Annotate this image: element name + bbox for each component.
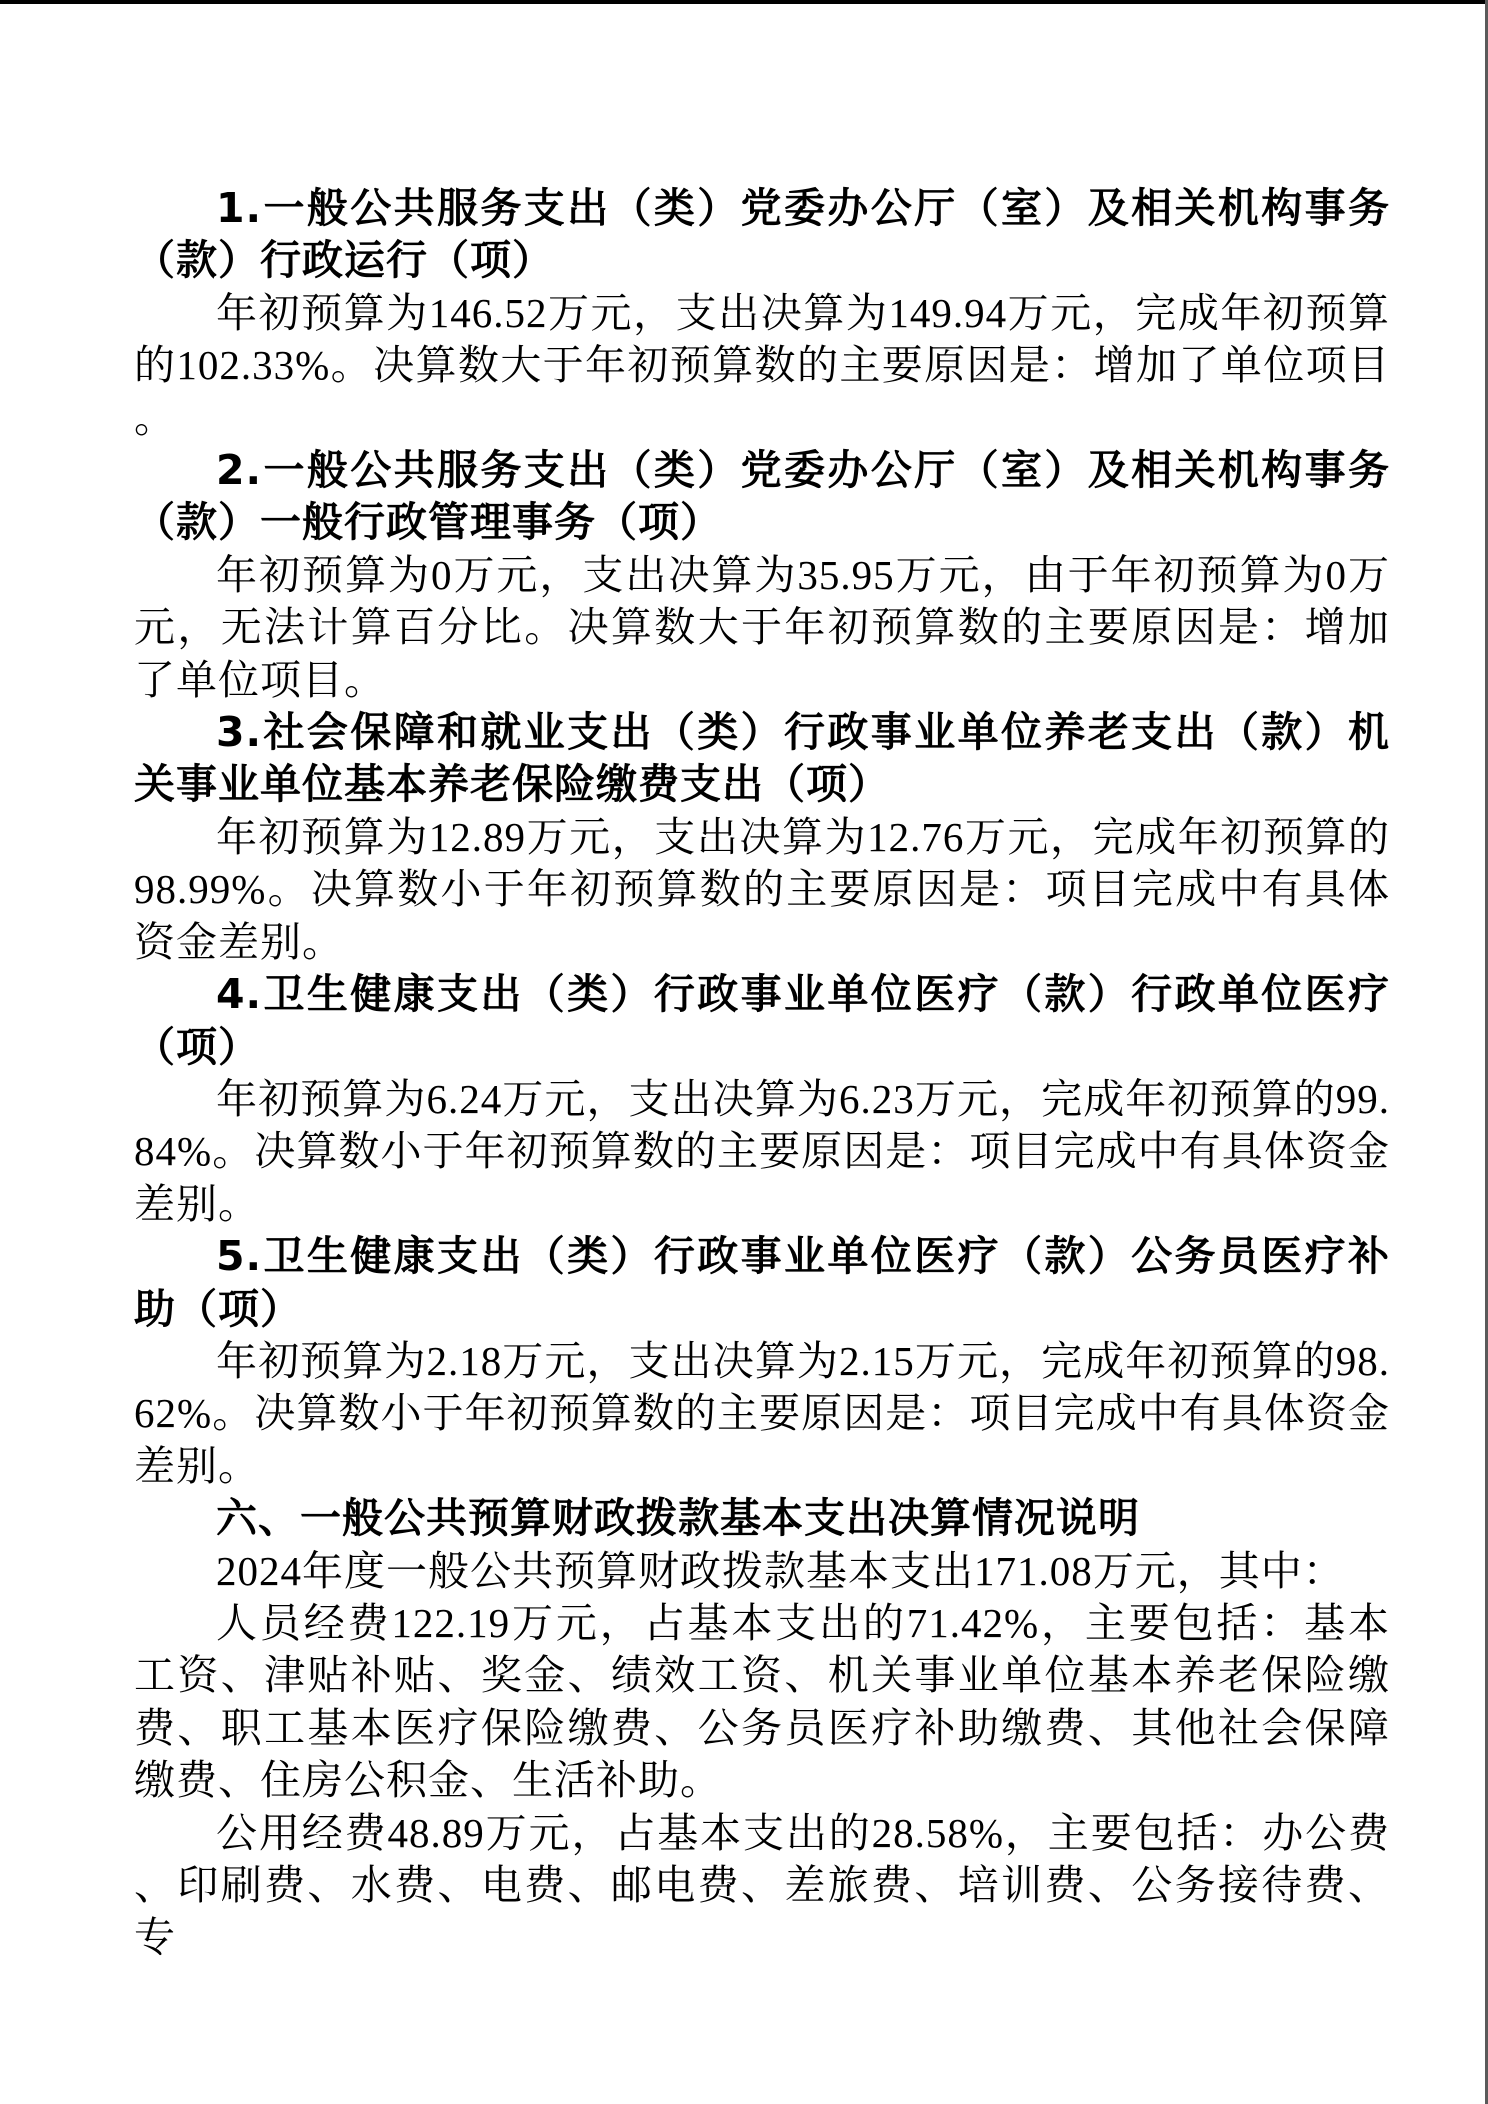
section-heading: 5.卫生健康支出（类）行政事业单位医疗（款）公务员医疗补助（项）	[134, 1230, 1390, 1335]
section-paragraph: 年初预算为12.89万元，支出决算为12.76万元，完成年初预算的98.99%。…	[134, 811, 1390, 968]
section-paragraph: 年初预算为2.18万元，支出决算为2.15万元，完成年初预算的98.62%。决算…	[134, 1335, 1390, 1492]
section-heading: 4.卫生健康支出（类）行政事业单位医疗（款）行政单位医疗（项）	[134, 968, 1390, 1073]
section-heading: 六、一般公共预算财政拨款基本支出决算情况说明	[134, 1492, 1390, 1544]
page-top-border	[0, 0, 1488, 4]
section-heading: 1.一般公共服务支出（类）党委办公厅（室）及相关机构事务（款）行政运行（项）	[134, 182, 1390, 287]
section-paragraph: 人员经费122.19万元，占基本支出的71.42%，主要包括：基本工资、津贴补贴…	[134, 1597, 1390, 1807]
section-heading: 3.社会保障和就业支出（类）行政事业单位养老支出（款）机关事业单位基本养老保险缴…	[134, 706, 1390, 811]
document-page: 1.一般公共服务支出（类）党委办公厅（室）及相关机构事务（款）行政运行（项）年初…	[0, 0, 1488, 2104]
section-paragraph: 年初预算为0万元，支出决算为35.95万元，由于年初预算为0万元，无法计算百分比…	[134, 549, 1390, 706]
section-paragraph: 2024年度一般公共预算财政拨款基本支出171.08万元，其中：	[134, 1545, 1390, 1597]
section-heading: 2.一般公共服务支出（类）党委办公厅（室）及相关机构事务（款）一般行政管理事务（…	[134, 444, 1390, 549]
section-paragraph: 年初预算为6.24万元，支出决算为6.23万元，完成年初预算的99.84%。决算…	[134, 1073, 1390, 1230]
document-content: 1.一般公共服务支出（类）党委办公厅（室）及相关机构事务（款）行政运行（项）年初…	[134, 182, 1390, 1964]
section-paragraph: 公用经费48.89万元，占基本支出的28.58%，主要包括：办公费、印刷费、水费…	[134, 1807, 1390, 1964]
section-paragraph: 年初预算为146.52万元，支出决算为149.94万元，完成年初预算的102.3…	[134, 287, 1390, 444]
